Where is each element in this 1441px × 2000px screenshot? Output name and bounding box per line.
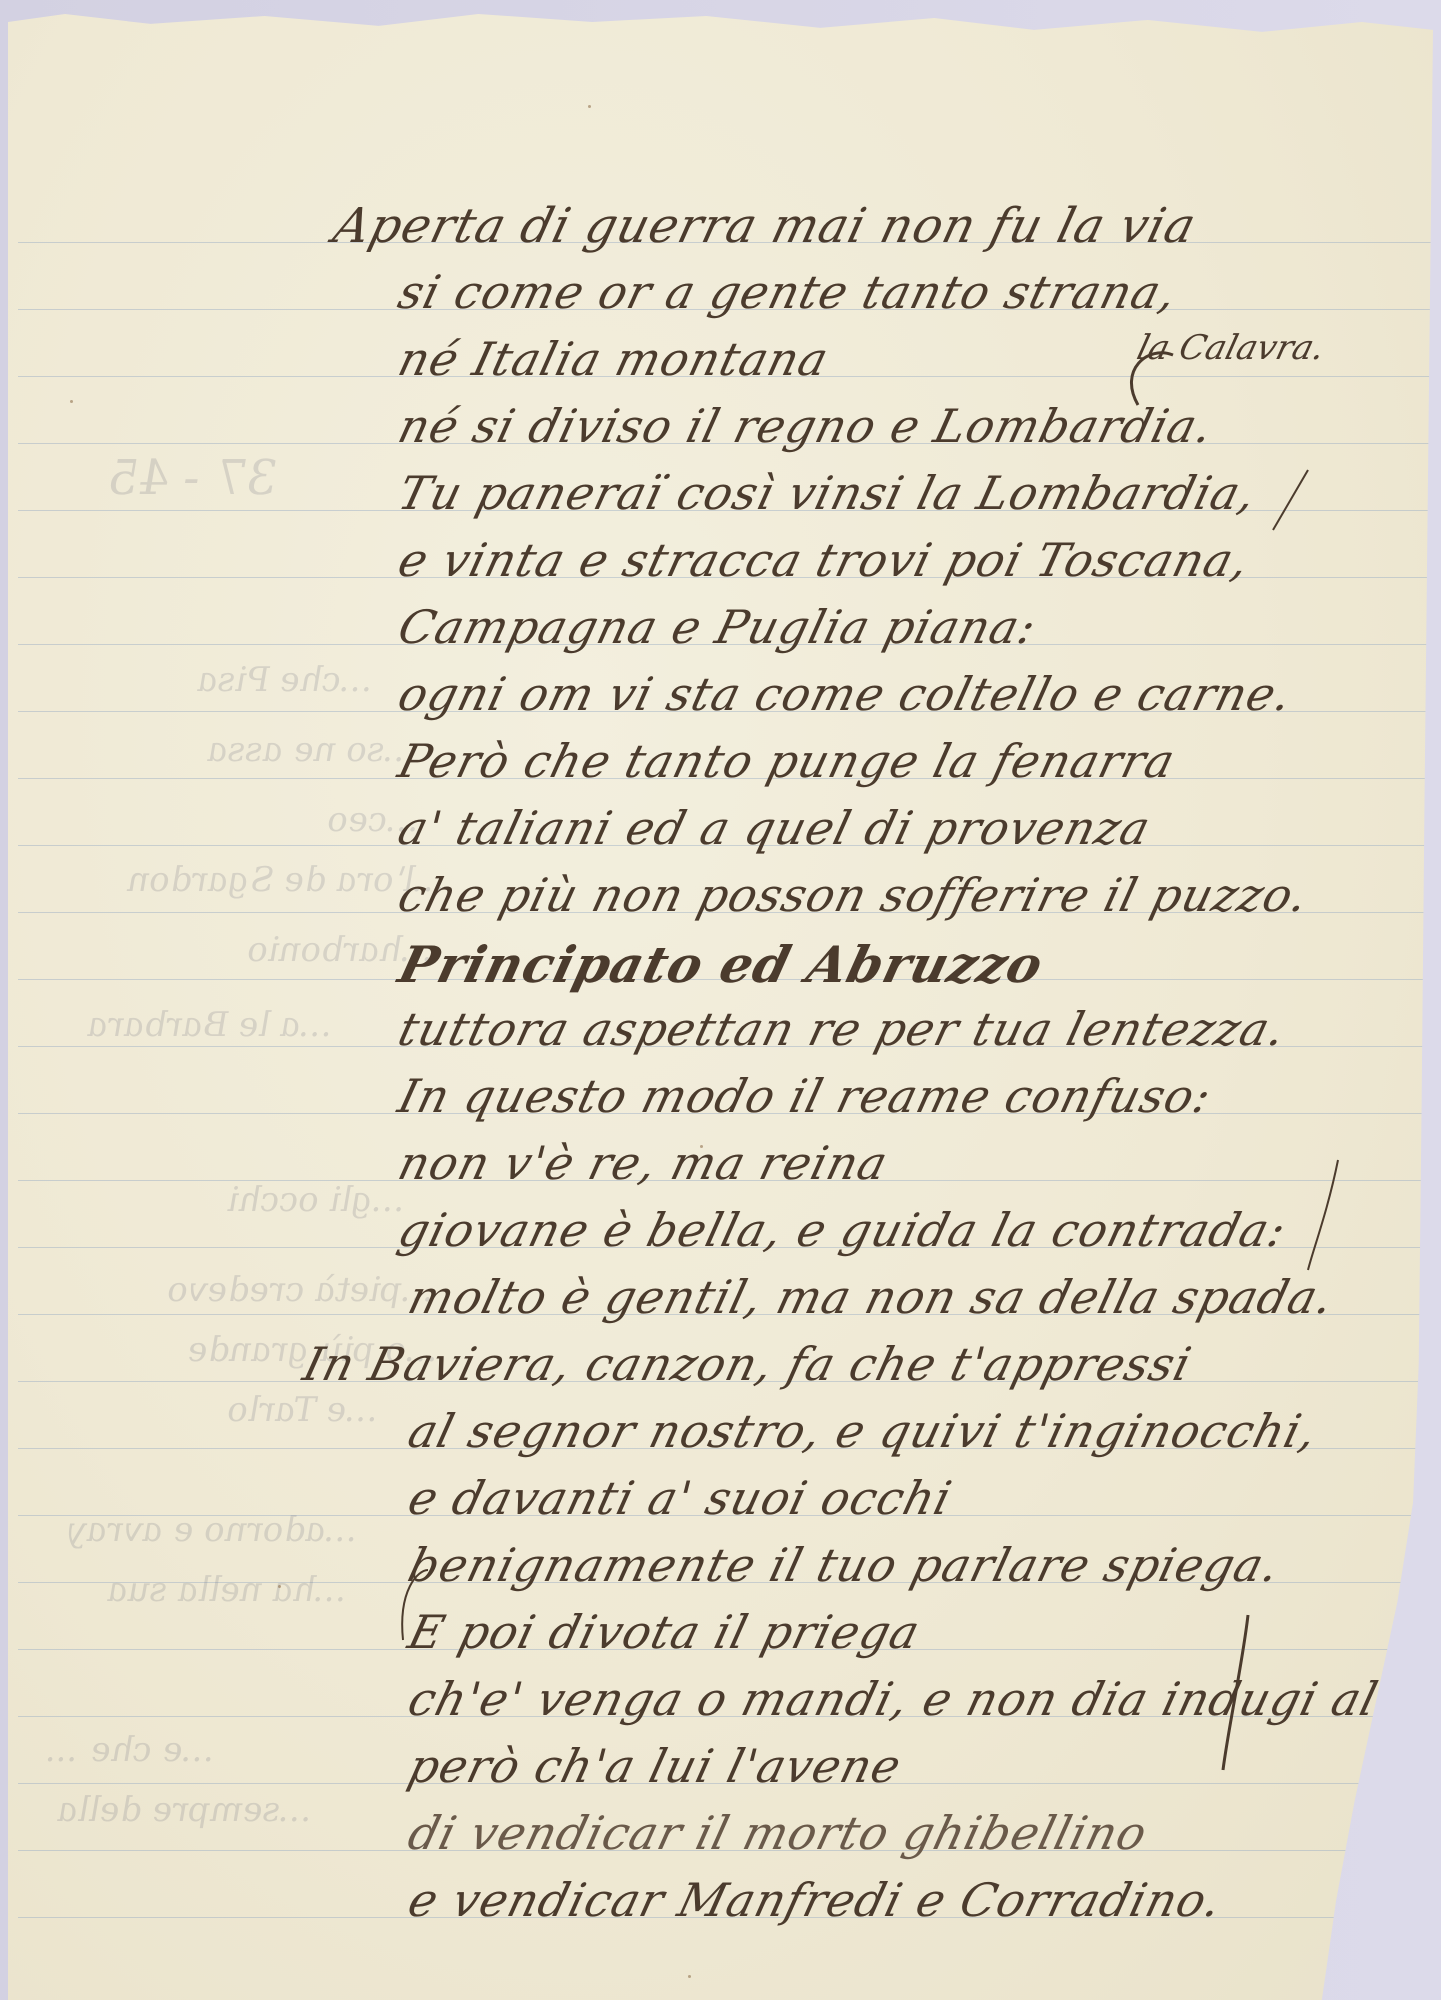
verse-line-18: In Baviera, canzon, fa che t'appressi: [298, 1337, 1197, 1391]
verse-line-9: Però che tanto punge la fenarra: [393, 734, 1181, 788]
verse-line-6: e vinta e stracca trovi poi Toscana,: [393, 533, 1255, 587]
verse-line-3: né Italia montana: [393, 332, 834, 386]
manuscript-sheet: 37 - 45 …che Pisa …so ne assa …ceo …l'or…: [8, 10, 1433, 2000]
verse-line-14: In questo modo il reame confuso:: [393, 1069, 1217, 1123]
verse-line-10: a' taliani ed a quel di provenza: [393, 801, 1156, 855]
verse-line-4: né si diviso il regno e Lombardia.: [393, 399, 1219, 453]
verse-line-26: e vendicar Manfredi e Corradino.: [403, 1873, 1228, 1927]
verse-line-1: Aperta di guerra mai non fu la via: [328, 198, 1202, 254]
verse-line-16: giovane è bella, e guida la contrada:: [393, 1203, 1292, 1257]
verse-line-2: si come or a gente tanto strana,: [393, 265, 1183, 319]
foxing-speck: [688, 1975, 691, 1978]
verse-line-15: non v'è re, ma reina: [393, 1136, 894, 1190]
foxing-speck: [700, 1145, 703, 1148]
poem-text: Aperta di guerra mai non fu la via si co…: [8, 10, 1433, 2000]
verse-line-23: ch'e' venga o mandi, e non dia indugi al…: [403, 1672, 1441, 1726]
verse-line-21: benignamente il tuo parlare spiega.: [403, 1538, 1286, 1592]
foxing-speck: [278, 1585, 281, 1588]
verse-line-25: di vendicar il morto ghibellino: [403, 1806, 1153, 1860]
foxing-speck: [70, 400, 73, 403]
verse-line-22: E poi divota il priega: [403, 1605, 926, 1659]
verse-line-7: Campagna e Puglia piana:: [393, 600, 1042, 654]
verse-line-19: al segnor nostro, e quivi t'inginocchi,: [403, 1404, 1323, 1458]
verse-line-12: Principato ed Abruzzo: [393, 935, 1049, 994]
verse-line-24: però ch'a lui l'avene: [403, 1739, 907, 1793]
foxing-speck: [588, 105, 591, 108]
verse-line-8: ogni om vi sta come coltello e carne.: [393, 667, 1298, 721]
verse-line-17: molto è gentil, ma non sa della spada.: [403, 1270, 1340, 1324]
verse-line-20: e davanti a' suoi occhi: [403, 1471, 958, 1525]
verse-line-5: Tu paneraï così vinsi la Lombardia,: [393, 466, 1262, 520]
insertion-annotation: la Calavra.: [1133, 328, 1329, 368]
verse-line-13: tuttora aspettan re per tua lentezza.: [393, 1002, 1292, 1056]
verse-line-11: che più non posson sofferire il puzzo.: [393, 868, 1314, 922]
